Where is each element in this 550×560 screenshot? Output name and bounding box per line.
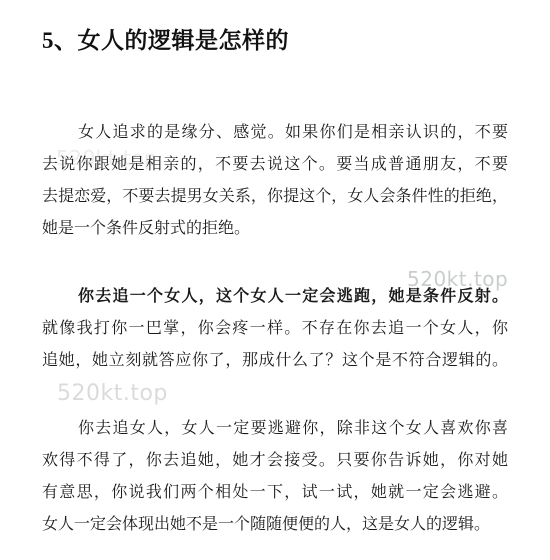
text-line: 女人追求的是缘分、感觉。如果你们是相亲认识的，不要: [42, 117, 508, 149]
text-line: 你去追女人，女人一定要逃避你，除非这个女人喜欢你喜: [42, 413, 508, 445]
text-line: 去提恋爱，不要去提男女关系，你提这个，女人会条件性的拒绝，: [42, 181, 508, 213]
paragraph-3: 你去追女人，女人一定要逃避你，除非这个女人喜欢你喜 欢得不得了，你去追她，她才会…: [42, 413, 508, 541]
paragraph-2: 你去追一个女人，这个女人一定会逃跑，她是条件反射。 就像我打你一巴掌，你会疼一样…: [42, 281, 508, 377]
document-page: 520kt.top 520kt.top 520kt.top 5、女人的逻辑是怎样…: [0, 0, 550, 560]
paragraph-1: 女人追求的是缘分、感觉。如果你们是相亲认识的，不要 去说你跟她是相亲的，不要去说…: [42, 117, 508, 245]
section-heading: 5、女人的逻辑是怎样的: [42, 26, 508, 56]
text-line: 追她，她立刻就答应你了，那成什么了？这个是不符合逻辑的。: [42, 345, 508, 377]
text-line: 有意思，你说我们两个相处一下，试一试，她就一定会逃避。: [42, 477, 508, 509]
text-line: 女人一定会体现出她不是一个随随便便的人，这是女人的逻辑。: [42, 509, 508, 541]
text-line-bold: 你去追一个女人，这个女人一定会逃跑，她是条件反射。: [42, 281, 508, 313]
document-content: 5、女人的逻辑是怎样的 女人追求的是缘分、感觉。如果你们是相亲认识的，不要 去说…: [0, 0, 550, 541]
text-line: 去说你跟她是相亲的，不要去说这个。要当成普通朋友，不要: [42, 149, 508, 181]
text-line: 就像我打你一巴掌，你会疼一样。不存在你去追一个女人，你: [42, 313, 508, 345]
text-line: 她是一个条件反射式的拒绝。: [42, 213, 508, 245]
text-line: 欢得不得了，你去追她，她才会接受。只要你告诉她，你对她: [42, 445, 508, 477]
